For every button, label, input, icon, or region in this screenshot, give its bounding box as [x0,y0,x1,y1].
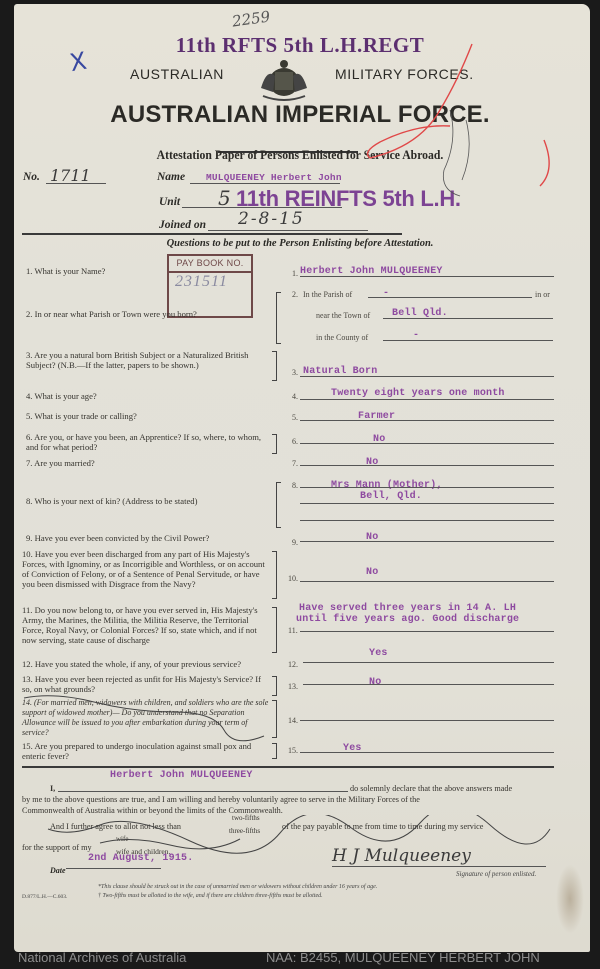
question-12-number: 12. [22,659,33,669]
archive-reference: NAA: B2455, MULQUEENEY HERBERT JOHN [266,950,540,965]
question-8: 8. Who is your next of kin? (Address to … [26,496,271,506]
in-or-label: in or [535,290,550,299]
answer-1-number: 1. [292,269,298,278]
town-line [383,318,553,319]
answer-10-line [300,581,554,582]
parish-value: - [383,288,389,299]
pencil-annotation [430,100,510,210]
answer-4: Twenty eight years one month [331,388,505,399]
pay-book-number: 231511 [175,273,228,291]
question-2-number: 2. [26,309,32,319]
name-underline [190,183,340,184]
question-9: 9. Have you ever been convicted by the C… [26,533,271,543]
joined-label: Joined on [159,219,206,231]
answer-11-line-b: until five years ago. Good discharge [296,614,519,625]
answer-15-number: 15. [288,746,298,755]
question-2: 2. In or near what Parish or Town were y… [26,309,276,319]
answer-7-number: 7. [292,459,298,468]
question-5: 5. What is your trade or calling? [26,411,271,421]
joined-underline [208,230,368,231]
question-3-text: Are you a natural born British Subject o… [26,350,248,370]
answer-8-line-1 [300,487,554,488]
question-1-number: 1. [26,266,32,276]
question-1-text: What is your Name? [34,266,105,276]
question-8-bracket [276,482,281,528]
answer-8-line-2 [300,503,554,504]
question-7: 7. Are you married? [26,458,271,468]
question-10: 10. Have you ever been discharged from a… [22,549,272,589]
declaration-i: I, [50,784,55,795]
archive-watermark: National Archives of Australia [18,950,186,965]
question-11-text: Do you now belong to, or have you ever s… [22,605,258,645]
question-14-strikethrough [14,694,274,744]
declaration-name-line [58,791,348,792]
questions-heading: Questions to be put to the Person Enlist… [0,238,600,249]
pay-book-label: PAY BOOK NO. [169,258,251,268]
question-9-text: Have you ever been convicted by the Civi… [35,533,210,543]
answer-6-number: 6. [292,437,298,446]
declaration-line-2: by me to the above questions are true, a… [22,795,420,806]
question-15-number: 15. [22,741,33,751]
question-10-number: 10. [22,549,33,559]
question-5-text: What is your trade or calling? [34,411,136,421]
question-3: 3. Are you a natural born British Subjec… [26,350,271,370]
question-5-number: 5. [26,411,32,421]
answer-7: No [366,457,378,468]
question-13: 13. Have you ever been rejected as unfit… [22,674,272,694]
name-value: MULQUEENEY Herbert John [206,172,342,183]
answer-5-line [300,420,554,421]
joined-value: 2-8-15 [238,209,305,229]
question-13-text: Have you ever been rejected as unfit for… [22,674,261,694]
question-6-number: 6. [26,432,32,442]
date-label: Date [50,866,66,875]
date-value: 2nd August, 1915. [88,853,193,864]
question-13-number: 13. [22,674,33,684]
question-6-text: Are you, or have you been, an Apprentice… [26,432,261,452]
question-13-bracket [272,676,277,696]
question-8-text: Who is your next of kin? (Address to be … [34,496,197,506]
answer-11-number: 11. [288,626,298,635]
answer-14-number: 14. [288,716,298,725]
question-7-number: 7. [26,458,32,468]
question-3-number: 3. [26,350,32,360]
question-11: 11. Do you now belong to, or have you ev… [22,605,272,645]
question-6-bracket [272,434,277,454]
answer-8-number: 8. [292,481,298,490]
declaration-line-1: do solemnly declare that the above answe… [350,784,512,795]
unit-label: Unit [159,196,180,208]
answer-1-line [300,276,554,277]
answer-15-line [300,752,554,753]
footnote-1: *This clause should be struck out in the… [98,883,377,891]
answer-11-line-a: Have served three years in 14 A. LH [299,603,516,614]
name-label: Name [157,171,185,183]
signature-label: Signature of person enlisted. [456,870,536,878]
county-label: in the County of [316,333,368,342]
county-line [383,340,553,341]
question-1: 1. What is your Name? [26,266,126,276]
answer-13-number: 13. [288,682,298,691]
number-underline [46,183,106,184]
answer-10: No [366,567,378,578]
answer-9-line [300,541,554,542]
answer-9-number: 9. [292,538,298,547]
answer-8: Mrs Mann (Mother), [331,480,443,491]
answer-2-number: 2. [292,290,298,299]
header-australian: AUSTRALIAN [130,66,224,82]
question-11-bracket [272,607,277,653]
question-2-bracket [276,292,281,344]
signature-line [332,866,546,867]
question-2-text: In or near what Parish or Town were you … [35,309,197,319]
question-7-text: Are you married? [34,458,95,468]
question-11-number: 11. [22,605,32,615]
parish-line [368,297,532,298]
number-label: No. [23,171,40,183]
question-15: 15. Are you prepared to undergo inoculat… [22,741,272,761]
town-label: near the Town of [316,311,370,320]
question-12: 12. Have you stated the whole, if any, o… [22,659,277,669]
declaration-name: Herbert John MULQUEENEY [110,770,253,781]
question-4-text: What is your age? [34,391,96,401]
question-10-bracket [272,551,277,599]
answer-3-number: 3. [292,368,298,377]
answer-13-line [303,684,554,685]
answer-12-number: 12. [288,660,298,669]
date-line [66,868,161,869]
footnote-2: † Two-fifths must be allotted to the wif… [98,892,323,900]
answer-3-line [300,376,554,377]
question-6: 6. Are you, or have you been, an Apprent… [26,432,271,452]
answer-8-address: Bell, Qld. [360,491,422,502]
parish-label: In the Parish of [303,290,352,299]
answer-12-line [303,662,554,663]
answer-12: Yes [369,648,388,659]
answer-7-line [300,465,554,466]
form-code: D.877/L.H.—C.603. [22,893,67,901]
declaration-rule [22,766,554,768]
answer-14-line [300,720,554,721]
answer-10-number: 10. [288,574,298,583]
answer-4-line [300,399,554,400]
question-4-number: 4. [26,391,32,401]
answer-6-line [300,443,554,444]
answer-4-number: 4. [292,392,298,401]
question-8-number: 8. [26,496,32,506]
question-4: 4. What is your age? [26,391,271,401]
answer-8-line-3 [300,520,554,521]
question-15-text: Are you prepared to undergo inoculation … [22,741,251,761]
unit-underline [182,207,342,208]
section-rule [22,233,402,235]
question-12-text: Have you stated the whole, if any, of yo… [35,659,241,669]
question-3-bracket [272,351,277,381]
allotment-strikethrough [40,815,560,855]
signature: H J Mulqueeney [332,846,471,866]
question-9-number: 9. [26,533,32,543]
answer-5-number: 5. [292,413,298,422]
question-15-bracket [272,743,277,759]
question-10-text: Have you ever been discharged from any p… [22,549,265,589]
coat-of-arms-icon [253,58,315,102]
answer-11-line [300,631,554,632]
answer-13: No [369,677,381,688]
